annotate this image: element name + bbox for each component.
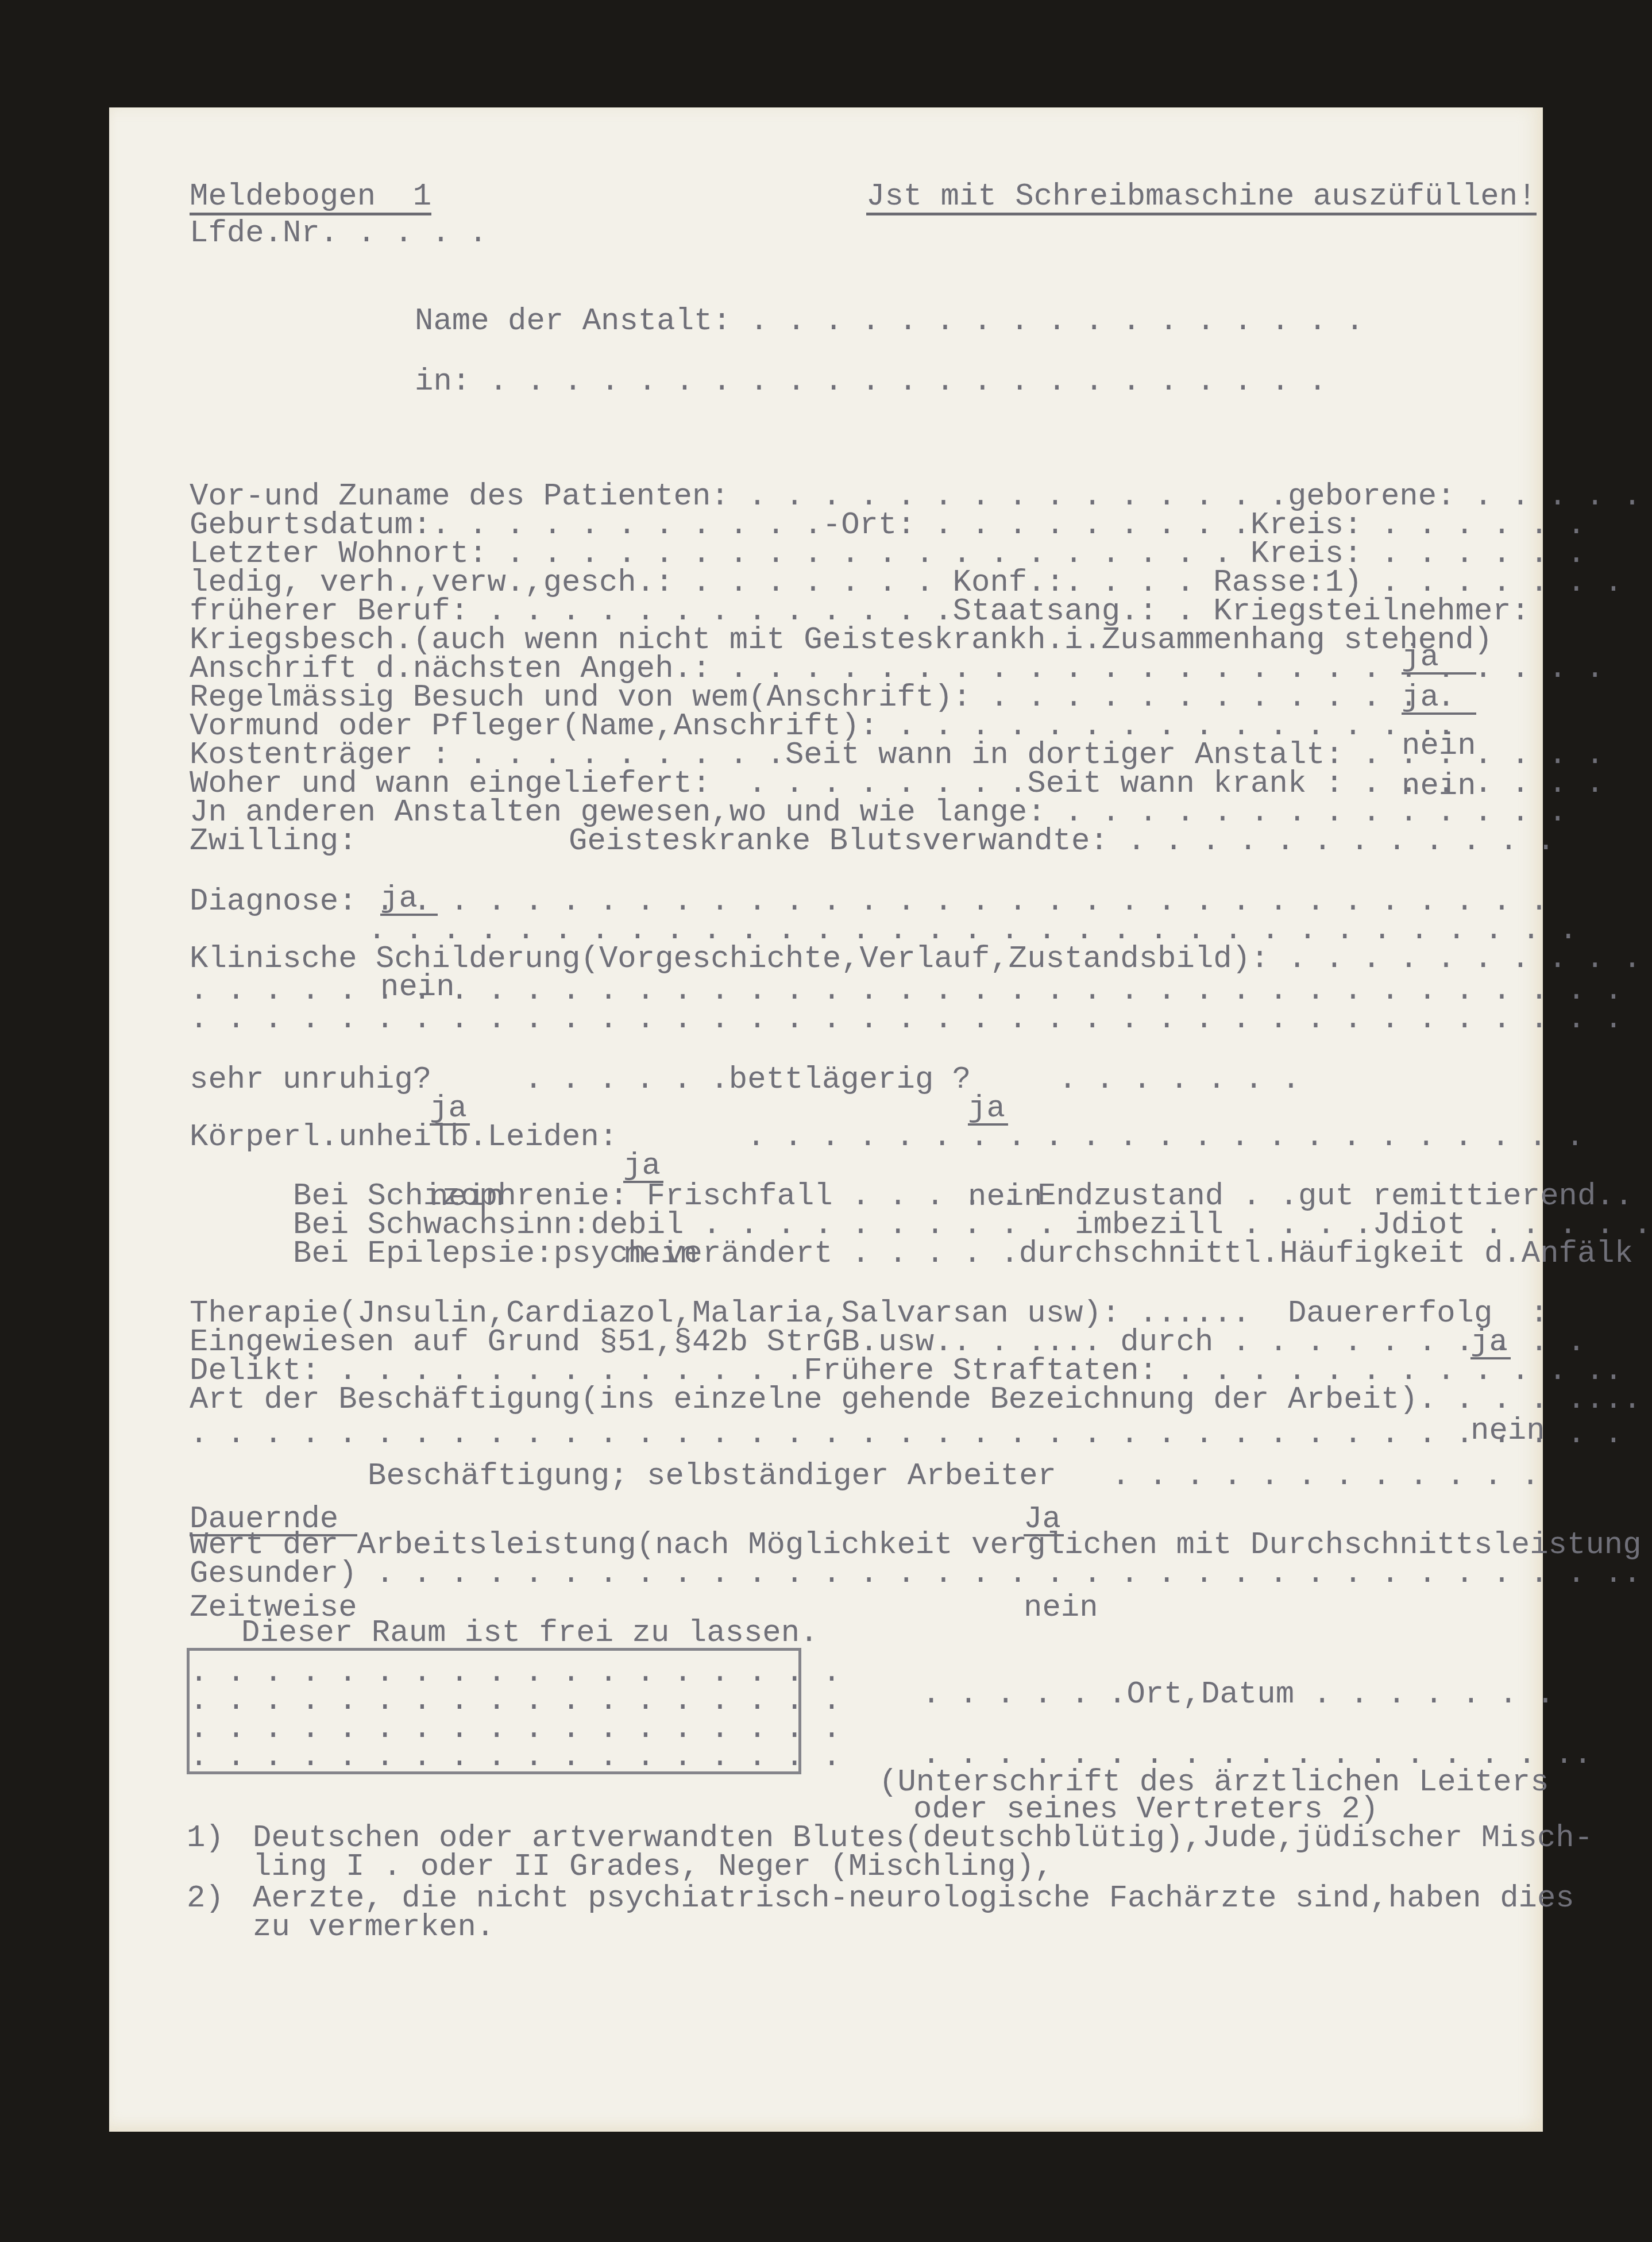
- form-title: Meldebogen 1: [190, 183, 431, 215]
- footnote-2-line-2: zu vermerken.: [253, 1913, 495, 1942]
- bedridden-label: . . . . . .bettlägerig ?: [505, 1066, 971, 1095]
- war-injury-field: Kriegsbesch.(auch wenn nicht mit Geistes…: [190, 626, 1492, 655]
- work-performance-field: Wert der Arbeitsleistung(nach Möglichkei…: [190, 1531, 1642, 1560]
- admission-field[interactable]: Woher und wann eingeliefert: . . . . . .…: [190, 770, 1604, 799]
- physical-ailment-dots[interactable]: . . . . . . . . . . . . . . . . . . . . …: [747, 1123, 1584, 1152]
- diagnosis-field[interactable]: Diagnose: . . . . . . . . . . . . . . . …: [190, 888, 1549, 916]
- reserved-area-label: Dieser Raum ist frei zu lassen.: [241, 1619, 819, 1648]
- work-performance-line[interactable]: Gesunder) . . . . . . . . . . . . . . . …: [190, 1560, 1642, 1589]
- regular-visits-field[interactable]: Regelmässig Besuch und von wem(Anschrift…: [190, 684, 1456, 712]
- cost-bearer-field[interactable]: Kostenträger : . . . . . . . . .Seit wan…: [190, 741, 1604, 770]
- occupation-type-line[interactable]: . . . . . . . . . . . . . . . . . . . . …: [190, 1420, 1623, 1449]
- twin-label: Zwilling:: [190, 827, 357, 856]
- diagnosis-continuation[interactable]: . . . . . . . . . . . . . . . . . . . . …: [368, 916, 1577, 945]
- footnote-2-number: 2): [187, 1885, 224, 1913]
- feeblemindedness-field[interactable]: Bei Schwachsinn:debil . . . . . . . . . …: [293, 1211, 1652, 1240]
- patient-name-field[interactable]: Vor-und Zuname des Patienten: . . . . . …: [190, 483, 1642, 511]
- instruction-heading: Jst mit Schreibmaschine auszüfüllen!: [866, 183, 1537, 215]
- institution-location-field[interactable]: in: . . . . . . . . . . . . . . . . . . …: [415, 368, 1327, 396]
- footnote-2-line-1: Aerzte, die nicht psychiatrisch-neurolog…: [253, 1885, 1574, 1913]
- reserved-row: . . . . . . . . . . . . . . . . . .: [190, 1743, 841, 1772]
- serial-number-field[interactable]: Lfde.Nr. . . . .: [190, 219, 487, 248]
- place-date-field[interactable]: . . . . . .Ort,Datum . . . . . . .: [922, 1681, 1555, 1709]
- epilepsy-field[interactable]: Bei Epilepsie:psych.verändert . . . . .d…: [293, 1240, 1633, 1269]
- choice-ja[interactable]: ja: [623, 1152, 663, 1183]
- occupation-type-field[interactable]: Art der Beschäftigung(ins einzelne gehen…: [190, 1386, 1642, 1415]
- physical-ailment-label: Körperl.unheilb.Leiden:: [190, 1123, 617, 1152]
- committed-basis-field[interactable]: Eingewiesen auf Grund §51,§42b StrGB.usw…: [190, 1328, 1585, 1357]
- clinical-description-line[interactable]: . . . . . . . . . . . . . . . . . . . . …: [190, 977, 1623, 1006]
- footnote-1-line-2: ling I . oder II Grades, Neger (Mischlin…: [253, 1853, 1053, 1882]
- clinical-description-line[interactable]: . . . . . . . . . . . . . . . . . . . . …: [190, 1006, 1623, 1034]
- therapy-field[interactable]: Therapie(Jnsulin,Cardiazol,Malaria,Salva…: [190, 1300, 1549, 1328]
- independent-worker-label: Beschäftigung; selbständiger Arbeiter: [368, 1462, 1056, 1491]
- next-of-kin-address-field[interactable]: Anschrift d.nächsten Angeh.: . . . . . .…: [190, 655, 1604, 684]
- other-institutions-field[interactable]: Jn anderen Anstalten gewesen,wo und wie …: [190, 799, 1567, 827]
- institution-name-field[interactable]: Name der Anstalt: . . . . . . . . . . . …: [415, 307, 1364, 336]
- schizophrenia-field[interactable]: Bei Schizophrenie: Frischfall . . . . . …: [293, 1182, 1633, 1211]
- birth-date-field[interactable]: Geburtsdatum:. . . . . . . . . . .-Ort: …: [190, 511, 1585, 540]
- guardian-field[interactable]: Vormund oder Pfleger(Name,Anschrift): . …: [190, 712, 1456, 741]
- footnote-1-line-1: Deutschen oder artverwandten Blutes(deut…: [253, 1824, 1593, 1853]
- reserved-area-box: . . . . . . . . . . . . . . . . . . . . …: [187, 1648, 801, 1774]
- bedridden-dots: . . . . . . .: [1040, 1066, 1300, 1095]
- signature-label-2: oder seines Vertreters 2): [913, 1796, 1379, 1824]
- mentally-ill-relatives-field[interactable]: Geisteskranke Blutsverwandte: . . . . . …: [569, 827, 1555, 856]
- restless-label: sehr unruhig?: [190, 1066, 431, 1095]
- independent-worker-dots[interactable]: . . . . . . . . . . . .: [1111, 1462, 1539, 1491]
- clinical-description-field[interactable]: Klinische Schilderung(Vorgeschichte,Verl…: [190, 945, 1642, 974]
- choice-nein[interactable]: nein: [1024, 1594, 1098, 1623]
- former-occupation-field[interactable]: früherer Beruf: . . . . . . . . . . . . …: [190, 598, 1530, 626]
- footnote-1-number: 1): [187, 1824, 224, 1853]
- offense-field[interactable]: Delikt: . . . . . . . . . . . . .Frühere…: [190, 1357, 1623, 1386]
- last-residence-field[interactable]: Letzter Wohnort: . . . . . . . . . . . .…: [190, 540, 1585, 569]
